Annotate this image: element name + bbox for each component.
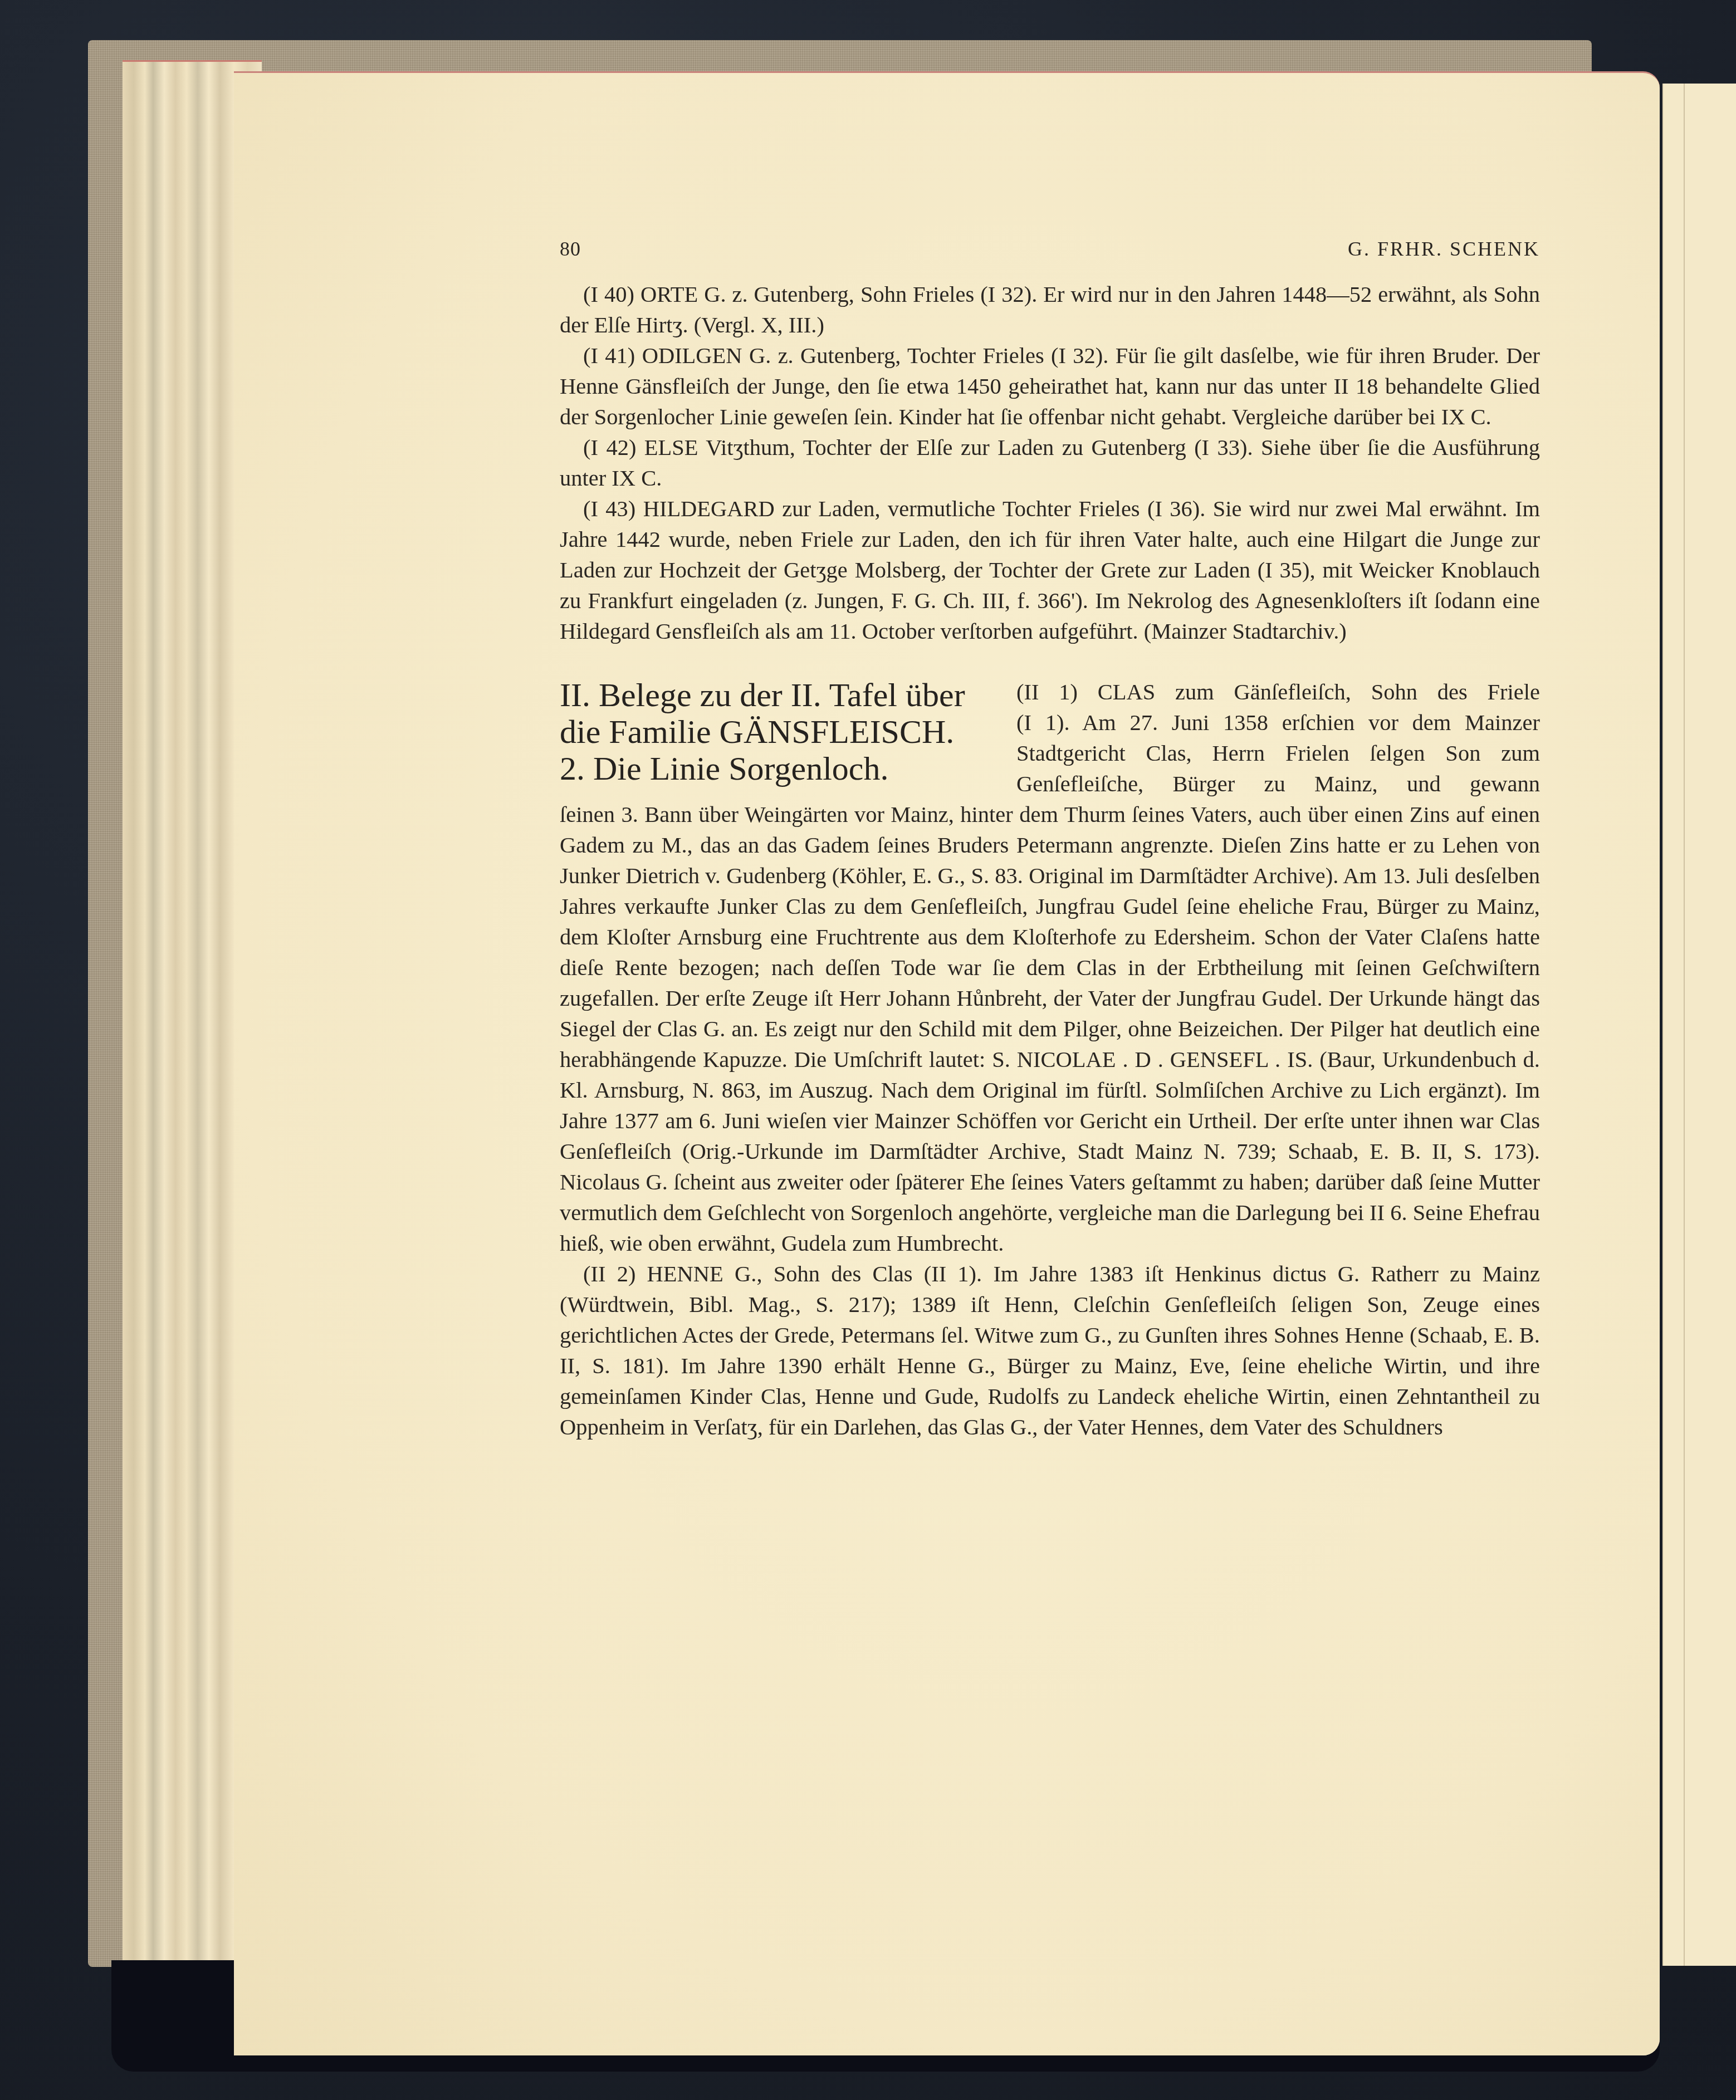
running-head-author: G. FRHR. SCHENK [1348,234,1540,265]
running-head: 80 G. FRHR. SCHENK [560,234,1540,265]
section-header-block: II. Belege zu der II. Tafel über die Fam… [560,677,1540,799]
page-text: 80 G. FRHR. SCHENK (I 40) ORTE G. z. Gut… [560,234,1540,1442]
section-title-line-3: 2. Die Linie Sorgenloch. [560,750,1016,787]
entry-II1-line: Stadtgericht Clas, Herrn Frielen ſelgen … [1016,738,1540,768]
entry-II1-start: (II 1) CLAS zum Gänſefleiſch, Sohn des F… [1016,677,1540,799]
section-title-line-2: die Familie GÄNSFLEISCH. [560,713,1016,750]
entry-I42: (I 42) ELSE Vitʒthum, Tochter der Elſe z… [560,432,1540,493]
section-title-line-1: II. Belege zu der II. Tafel über [560,677,1016,713]
entry-I40: (I 40) ORTE G. z. Gutenberg, Sohn Friele… [560,279,1540,340]
section-title: II. Belege zu der II. Tafel über die Fam… [560,677,1016,799]
entry-I43: (I 43) HILDEGARD zur Laden, vermutliche … [560,493,1540,647]
entry-II1-line: (I 1). Am 27. Juni 1358 erſchien vor dem… [1016,707,1540,738]
facing-page-edge [1662,84,1736,1966]
entry-I41: (I 41) ODILGEN G. z. Gutenberg, Tochter … [560,340,1540,432]
entry-II1-continued: ſeinen 3. Bann über Weingärten vor Mainz… [560,799,1540,1259]
page-number: 80 [560,234,581,265]
entries-continued: ſeinen 3. Bann über Weingärten vor Mainz… [560,799,1540,1442]
entry-II1-line: (II 1) CLAS zum Gänſefleiſch, Sohn des F… [1016,677,1540,707]
entry-II1-line: Genſefleiſche, Bürger zu Mainz, und gewa… [1016,768,1540,799]
entry-II2: (II 2) HENNE G., Sohn des Clas (II 1). I… [560,1259,1540,1442]
